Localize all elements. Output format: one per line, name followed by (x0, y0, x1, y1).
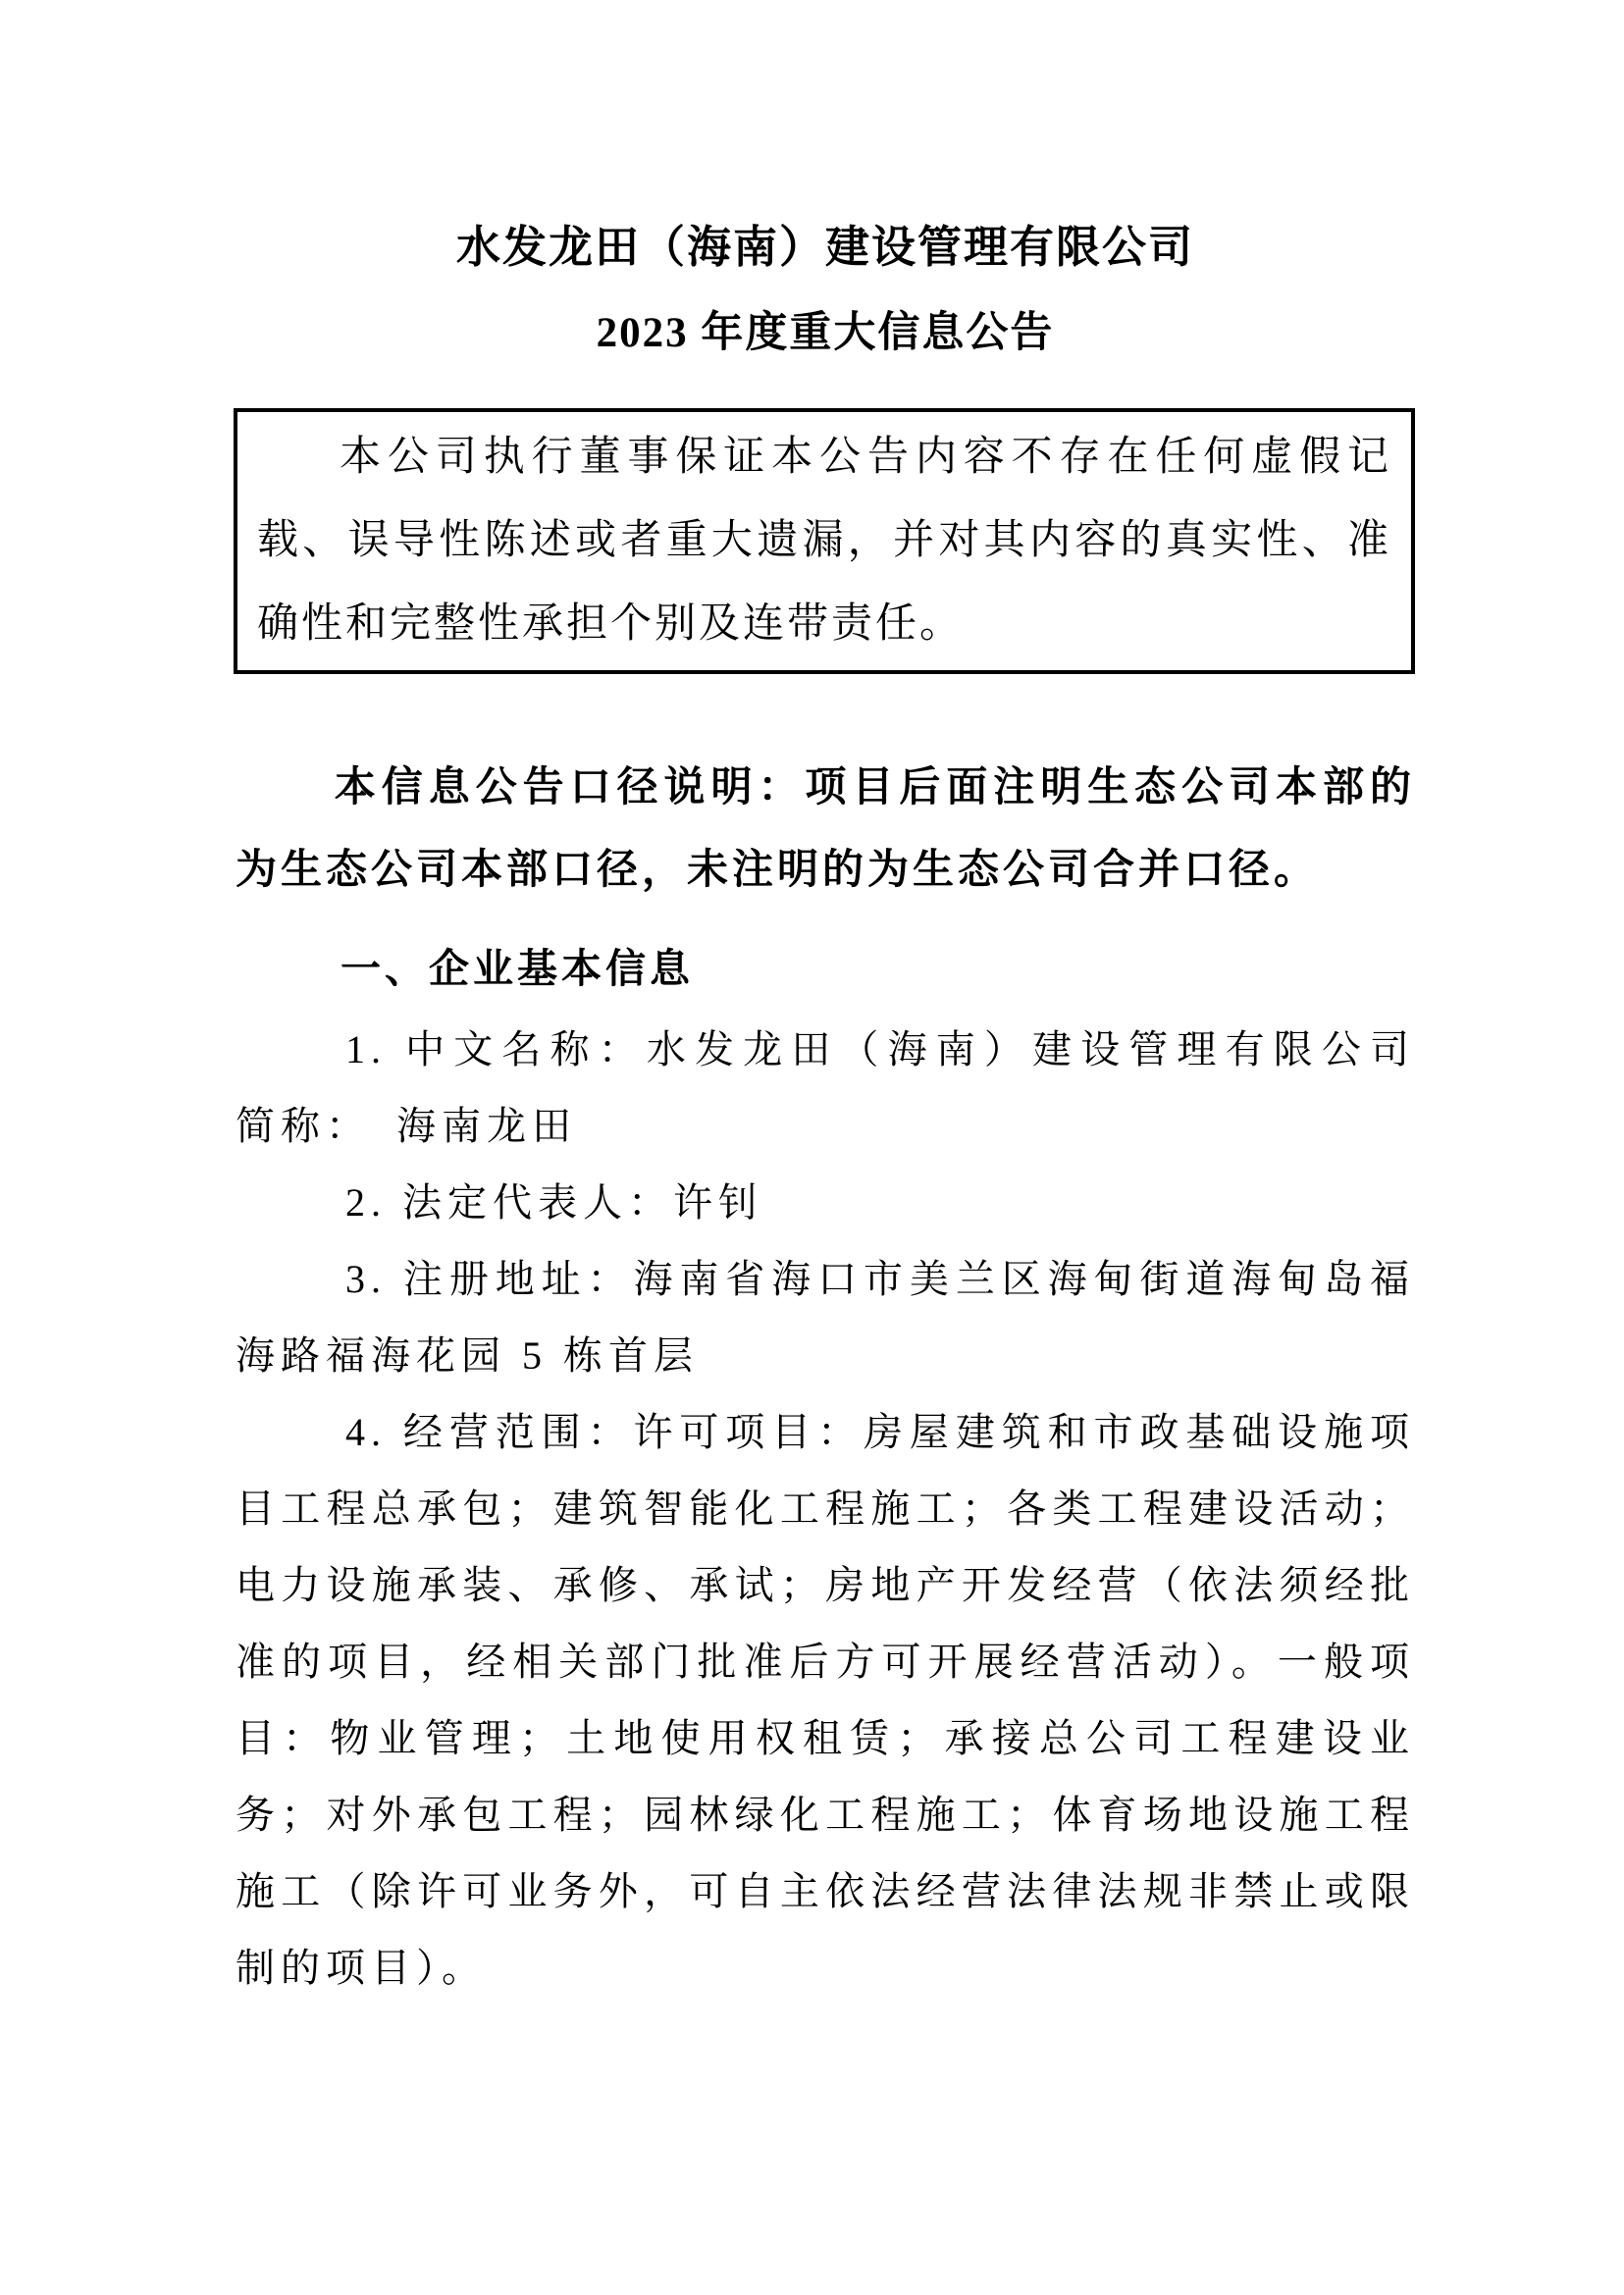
document-page: 水发龙田（海南）建设管理有限公司 2023 年度重大信息公告 本公司执行董事保证… (0, 0, 1624, 2295)
disclaimer-box: 本公司执行董事保证本公告内容不存在任何虚假记载、误导性陈述或者重大遗漏，并对其内… (234, 408, 1415, 674)
item-legal-representative: 2. 法定代表人：许钊 (236, 1165, 1415, 1241)
item-chinese-name: 1. 中文名称：水发龙田（海南）建设管理有限公司 简称： 海南龙田 (236, 1012, 1415, 1165)
caliber-note: 本信息公告口径说明：项目后面注明生态公司本部的为生态公司本部口径，未注明的为生态… (236, 747, 1415, 912)
disclaimer-text: 本公司执行董事保证本公告内容不存在任何虚假记载、误导性陈述或者重大遗漏，并对其内… (257, 416, 1391, 666)
item-registered-address: 3. 注册地址：海南省海口市美兰区海甸街道海甸岛福海路福海花园 5 栋首层 (236, 1241, 1415, 1394)
document-subtitle: 2023 年度重大信息公告 (236, 306, 1415, 361)
basic-info-list: 1. 中文名称：水发龙田（海南）建设管理有限公司 简称： 海南龙田 2. 法定代… (236, 1012, 1415, 2007)
item-business-scope: 4. 经营范围：许可项目：房屋建筑和市政基础设施项目工程总承包；建筑智能化工程施… (236, 1394, 1415, 2007)
document-title: 水发龙田（海南）建设管理有限公司 (236, 218, 1415, 277)
section-heading-basic-info: 一、企业基本信息 (236, 930, 1415, 1007)
